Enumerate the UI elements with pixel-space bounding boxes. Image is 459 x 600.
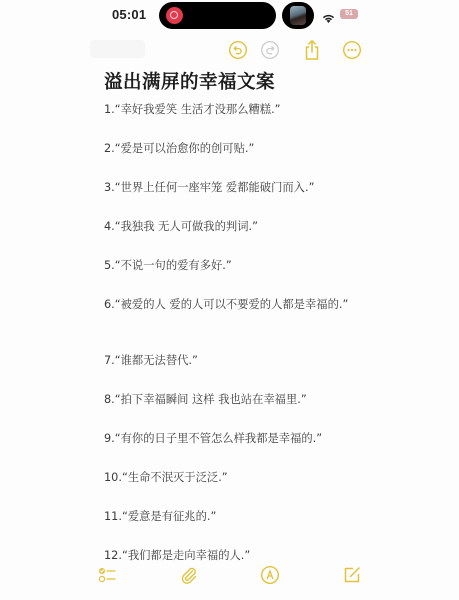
undo-button[interactable] — [227, 39, 249, 61]
battery-indicator: 51 — [340, 9, 358, 19]
note-list-item: 2.“爱是可以治愈你的创可贴.” — [104, 140, 366, 157]
more-button[interactable] — [341, 39, 363, 61]
note-list-item: 11.“爱意是有征兆的.” — [104, 508, 366, 525]
wifi-icon — [322, 9, 335, 20]
undo-icon — [228, 40, 248, 60]
back-button[interactable] — [90, 40, 145, 58]
contact-photo-icon — [290, 6, 306, 25]
markup-pen-icon — [260, 565, 280, 589]
redo-icon — [260, 40, 280, 60]
checklist-button[interactable] — [97, 566, 119, 588]
note-body[interactable]: 溢出满屏的幸福文案 1.“幸好我爱笑 生活才没那么糟糕.” 2.“爱是可以治愈你… — [104, 68, 374, 98]
attachment-button[interactable] — [178, 566, 200, 588]
dynamic-island[interactable] — [159, 2, 276, 29]
more-icon — [342, 40, 362, 60]
note-title: 溢出满屏的幸福文案 — [104, 68, 374, 98]
note-list-item: 1.“幸好我爱笑 生活才没那么糟糕.” — [104, 101, 366, 118]
note-toolbar-bottom — [0, 566, 459, 590]
music-app-icon — [166, 7, 183, 24]
note-list-item: 9.“有你的日子里不管怎么样我都是幸福的.” — [104, 430, 366, 447]
note-list-item: 8.“拍下幸福瞬间 这样 我也站在幸福里.” — [104, 391, 366, 408]
note-list-item: 7.“谁都无法替代.” — [104, 352, 366, 369]
share-button[interactable] — [301, 39, 323, 61]
status-bar: 05:01 51 — [0, 0, 459, 32]
note-list-item: 10.“生命不泯灭于泛泛.” — [104, 469, 366, 486]
note-list-item: 6.“被爱的人 爱的人可以不要爱的人都是幸福的.” — [104, 296, 366, 313]
paperclip-icon — [179, 565, 199, 589]
compose-icon — [342, 565, 362, 589]
note-list-item: 12.“我们都是走向幸福的人.” — [104, 547, 366, 564]
note-list-item: 3.“世界上任何一座牢笼 爱都能破门而入.” — [104, 179, 366, 196]
status-time: 05:01 — [112, 7, 146, 22]
markup-button[interactable] — [259, 566, 281, 588]
compose-button[interactable] — [341, 566, 363, 588]
dynamic-island-avatar[interactable] — [282, 2, 314, 29]
note-toolbar-top — [0, 36, 459, 64]
note-list-item: 5.“不说一句的爱有多好.” — [104, 257, 366, 274]
checklist-icon — [98, 566, 118, 588]
redo-button[interactable] — [259, 39, 281, 61]
note-list-item: 4.“我独我 无人可做我的判词.” — [104, 218, 366, 235]
share-icon — [303, 39, 321, 61]
